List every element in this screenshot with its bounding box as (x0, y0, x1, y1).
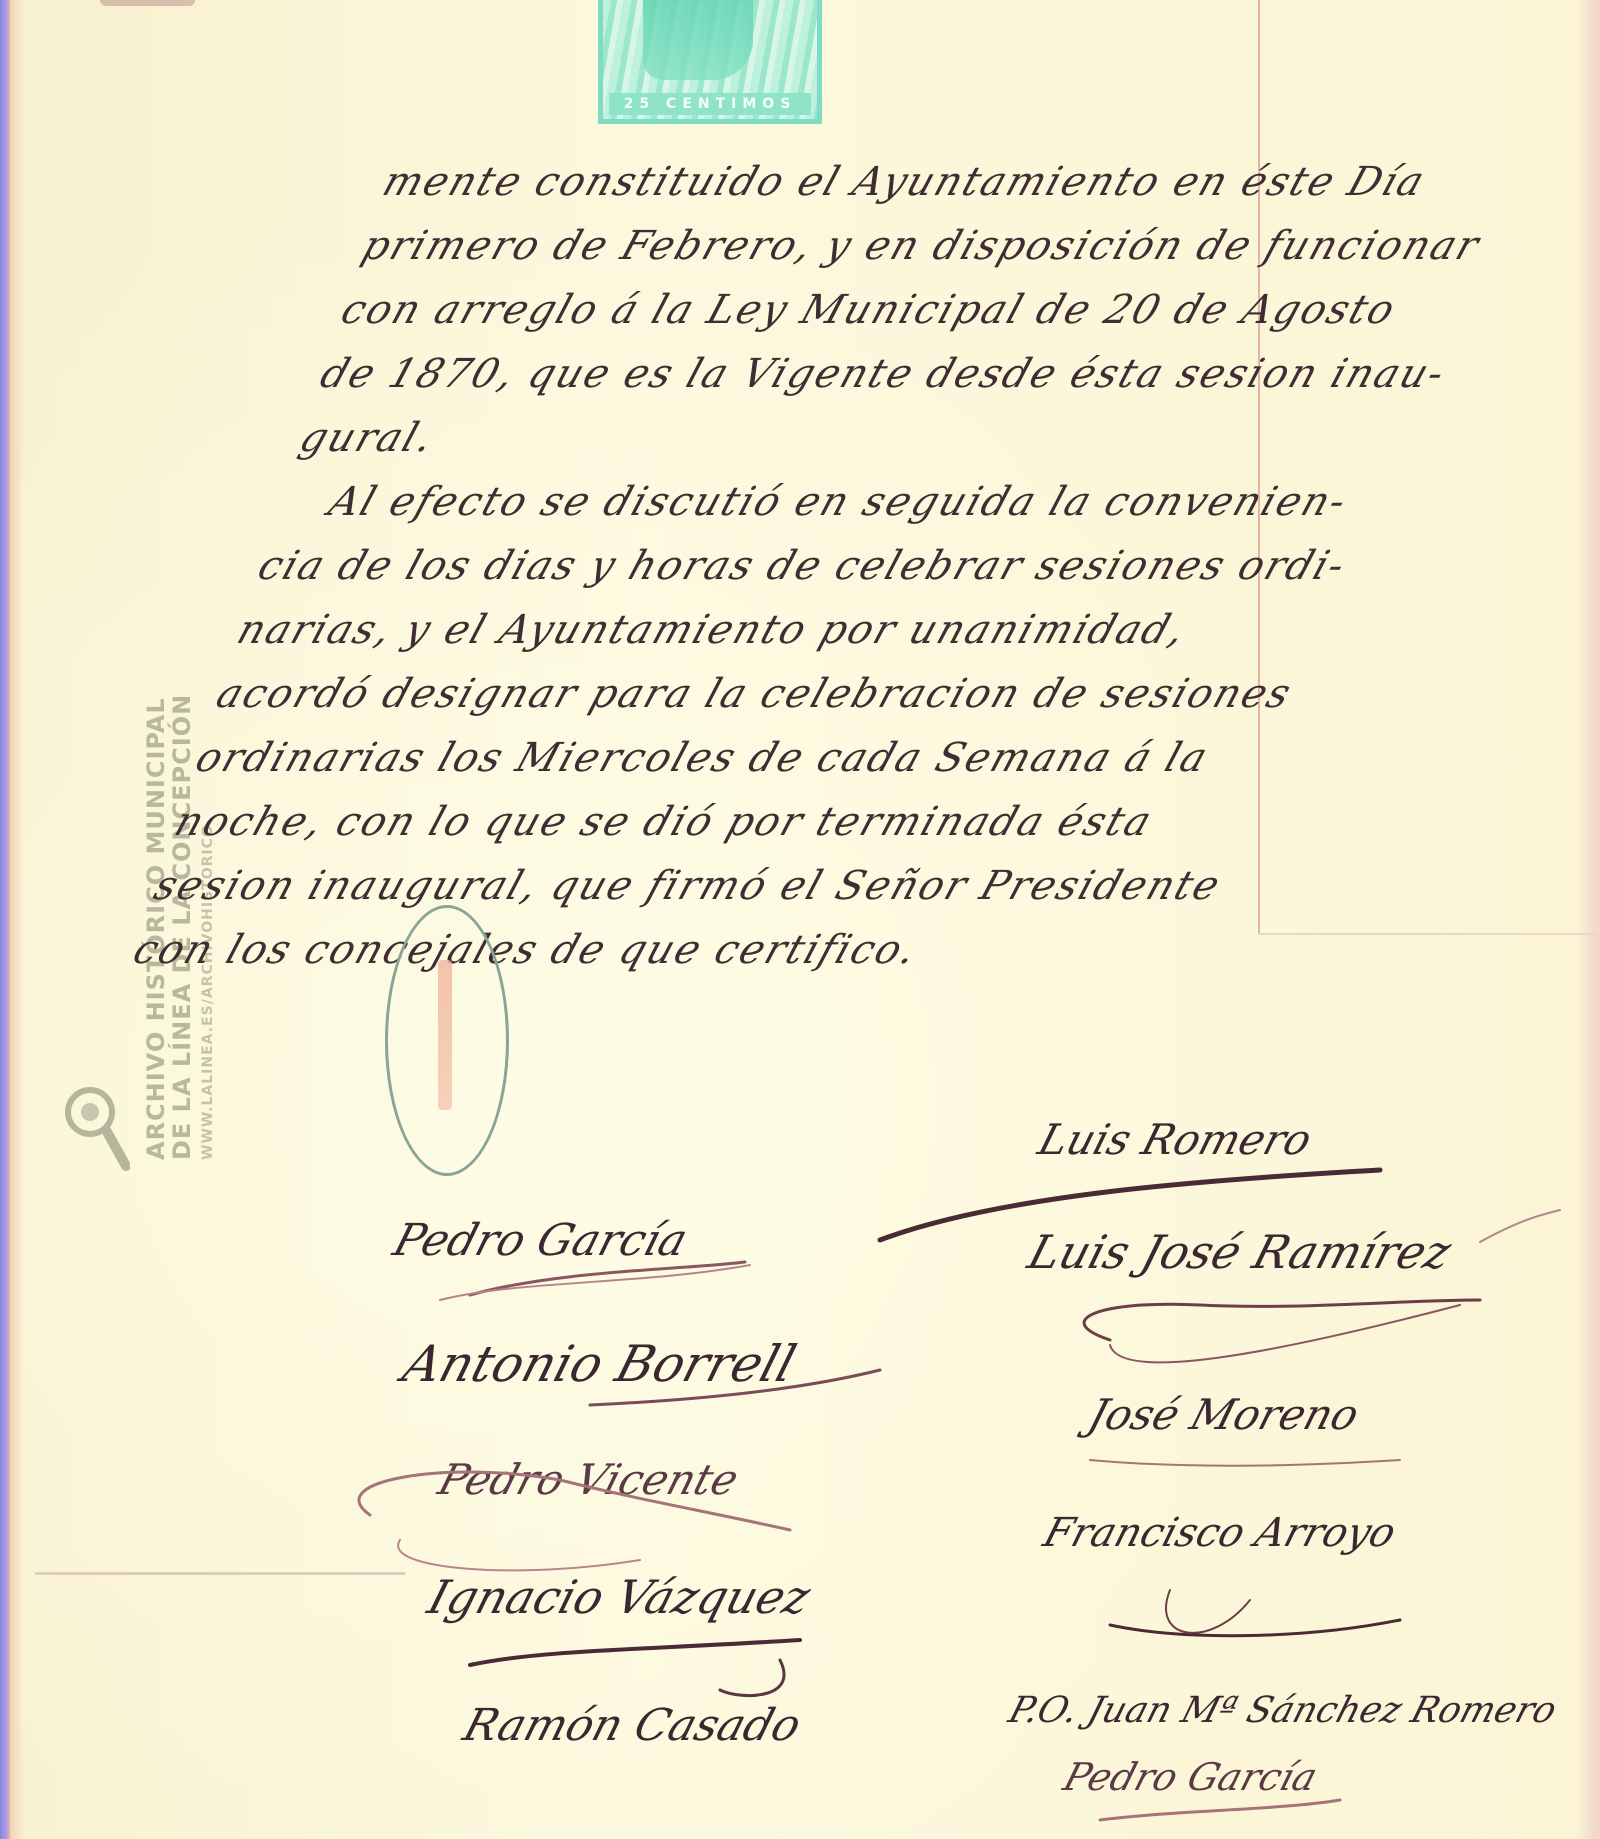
document-page: 25 CENTIMOS ARCHIVO HISTÓRICO MUNICIPAL … (0, 0, 1600, 1839)
signature-flourishes (0, 0, 1600, 1839)
